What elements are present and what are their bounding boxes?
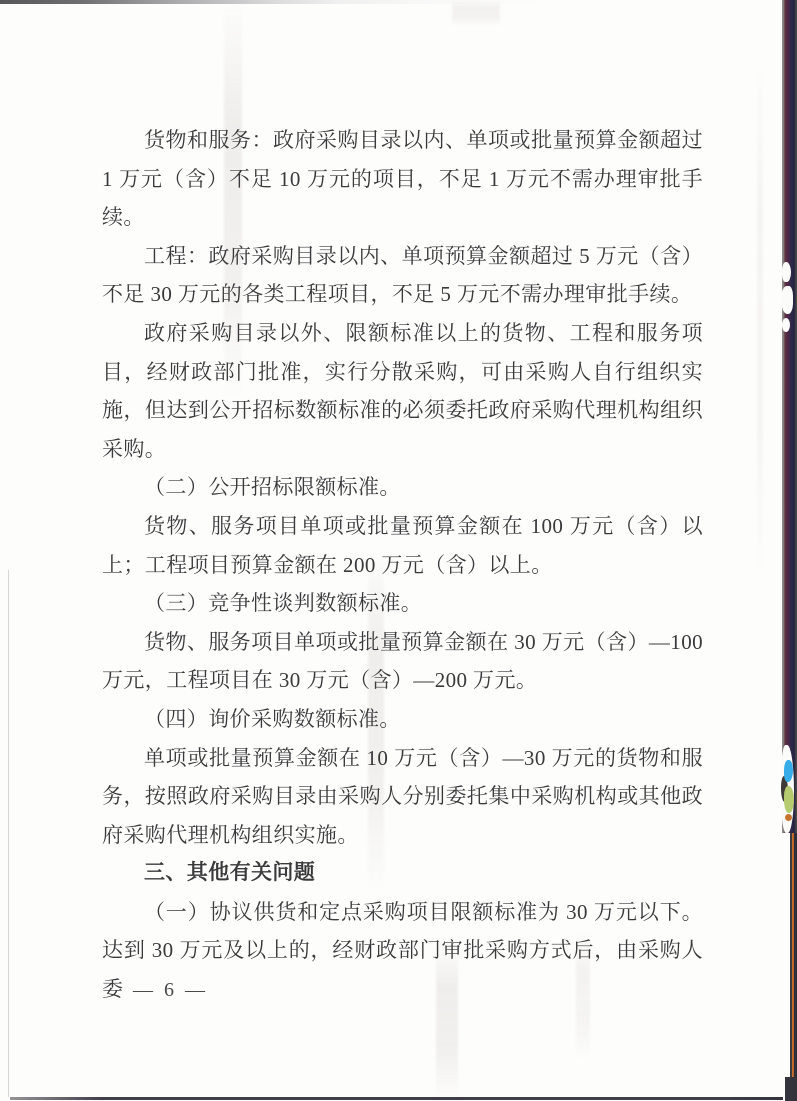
document-body: 货物和服务：政府采购目录以内、单项或批量预算金额超过 1 万元（含）不足 10 … [102, 121, 703, 1009]
page-number: — 6 — [133, 979, 208, 1002]
scan-bottom-edge-artifact [10, 1097, 783, 1100]
paragraph: （四）询价采购数额标准。 [102, 700, 703, 739]
scan-smudge-streak [757, 60, 763, 580]
scan-smudge-streak [452, 0, 500, 26]
paragraph: 货物、服务项目单项或批量预算金额在 30 万元（含）—100 万元，工程项目在 … [102, 623, 703, 700]
scan-left-edge-artifact [8, 570, 9, 1097]
paragraph: （三）竞争性谈判数额标准。 [102, 584, 703, 623]
paragraph: 政府采购目录以外、限额标准以上的货物、工程和服务项目，经财政部门批准，实行分散采… [102, 314, 703, 468]
section-heading: 三、其他有关问题 [102, 854, 703, 893]
scan-edge-notch [782, 318, 790, 332]
scan-edge-color-patch-green [784, 786, 794, 813]
scan-bottom-right-corner-artifact [785, 1077, 797, 1101]
paragraph: 货物、服务项目单项或批量预算金额在 100 万元（含）以上；工程项目预算金额在 … [102, 507, 703, 584]
paragraph: 货物和服务：政府采购目录以内、单项或批量预算金额超过 1 万元（含）不足 10 … [102, 121, 703, 237]
scan-edge-color-patch-orange [785, 814, 792, 821]
scan-edge-notch [781, 286, 793, 314]
paragraph: 工程：政府采购目录以内、单项预算金额超过 5 万元（含）不足 30 万元的各类工… [102, 237, 703, 314]
scanned-document-page: 货物和服务：政府采购目录以内、单项或批量预算金额超过 1 万元（含）不足 10 … [0, 0, 797, 1101]
scan-edge-notch [782, 262, 791, 282]
scan-right-edge-artifact [782, 0, 797, 833]
paragraph: 单项或批量预算金额在 10 万元（含）—30 万元的货物和服务，按照政府采购目录… [102, 739, 703, 855]
scan-right-edge-lower-artifact [790, 833, 797, 1101]
paragraph: （二）公开招标限额标准。 [102, 468, 703, 507]
